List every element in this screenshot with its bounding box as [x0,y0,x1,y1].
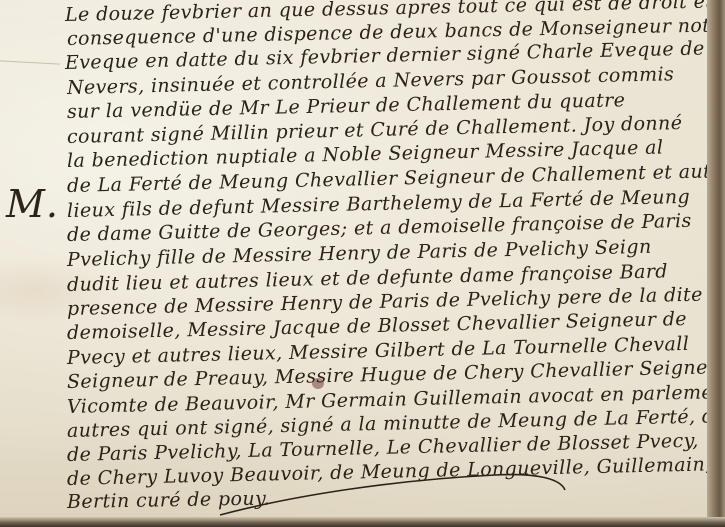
signature-flourish-icon [215,470,575,520]
document-page: M. Le douze fevbrier an que dessus apres… [0,0,725,527]
page-bottom-edge [0,517,725,527]
margin-note: M. [6,182,59,226]
binding-edge [707,0,725,527]
paper-fold [0,60,60,64]
